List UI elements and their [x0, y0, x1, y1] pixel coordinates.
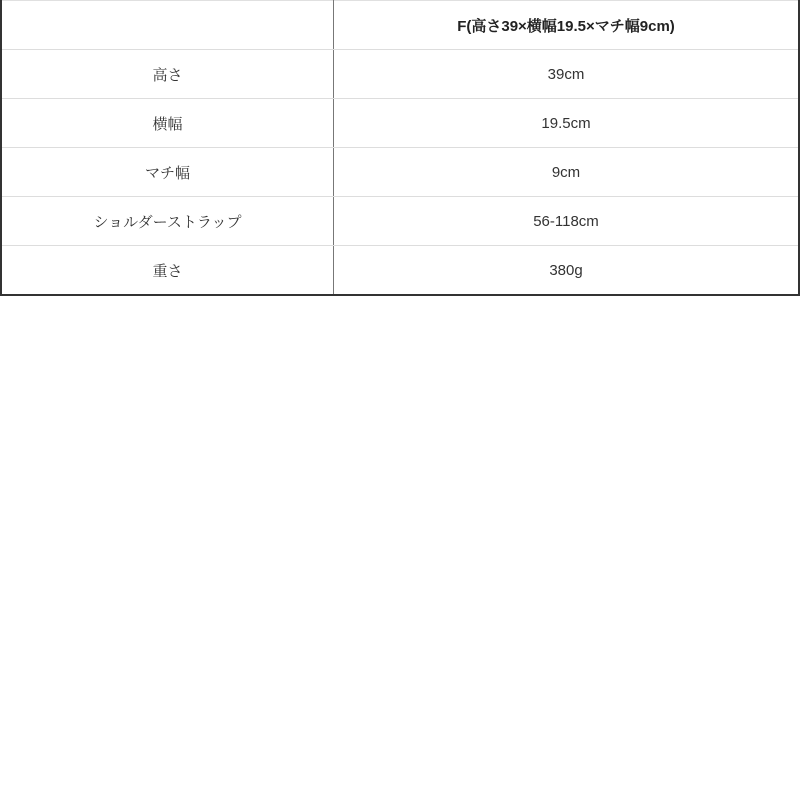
row-label-gusset: マチ幅 — [1, 148, 334, 197]
table-row: 高さ 39cm — [1, 50, 799, 99]
row-label-shoulder-strap: ショルダーストラップ — [1, 197, 334, 246]
table-row: 横幅 19.5cm — [1, 99, 799, 148]
row-label-height: 高さ — [1, 50, 334, 99]
size-spec-table: F(高さ39×横幅19.5×マチ幅9cm) 高さ 39cm 横幅 19.5cm … — [0, 0, 800, 296]
header-empty-cell — [1, 1, 334, 50]
table-row: マチ幅 9cm — [1, 148, 799, 197]
row-value-shoulder-strap: 56-118cm — [334, 197, 800, 246]
row-value-weight: 380g — [334, 246, 800, 296]
table-row: 重さ 380g — [1, 246, 799, 296]
row-label-weight: 重さ — [1, 246, 334, 296]
table-header-row: F(高さ39×横幅19.5×マチ幅9cm) — [1, 1, 799, 50]
row-value-width: 19.5cm — [334, 99, 800, 148]
header-size-cell: F(高さ39×横幅19.5×マチ幅9cm) — [334, 1, 800, 50]
row-value-height: 39cm — [334, 50, 800, 99]
row-value-gusset: 9cm — [334, 148, 800, 197]
table-row: ショルダーストラップ 56-118cm — [1, 197, 799, 246]
row-label-width: 横幅 — [1, 99, 334, 148]
